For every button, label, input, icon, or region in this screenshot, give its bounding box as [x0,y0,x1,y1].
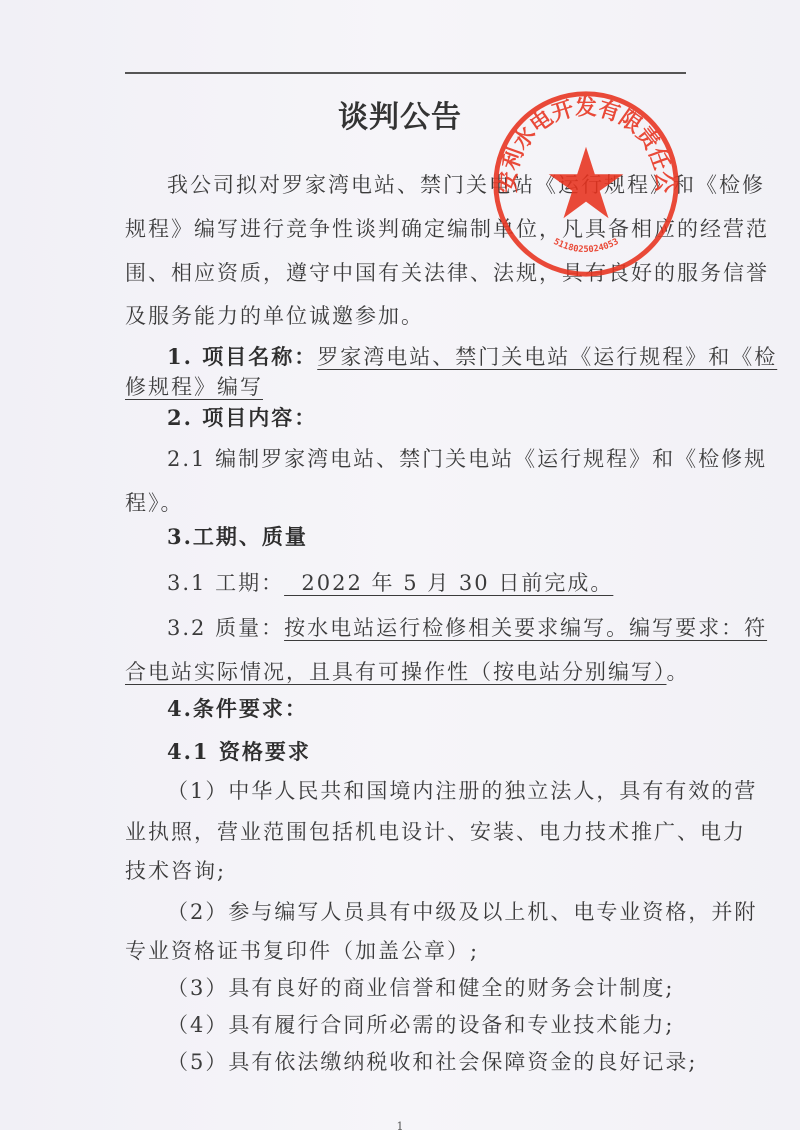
req-1-cont2: 技术咨询; [125,856,226,886]
project-name-value: 罗家湾电站、禁门关电站《运行规程》和《检 [317,345,777,369]
quality-value: 按水电站运行检修相关要求编写。编写要求：符 [284,616,767,640]
section-4-label: 4.条件要求： [167,694,308,724]
intro-line-3: 围、相应资质，遵守中国有关法律、法规，具有良好的服务信誉 [125,258,769,288]
req-1: （1）中华人民共和国境内注册的独立法人，具有有效的营 [167,776,757,806]
schedule-value: 2022 年 5 月 30 日前完成。 [284,571,613,595]
req-1-cont: 业执照，营业范围包括机电设计、安装、电力技术推广、电力 [125,817,746,847]
document-page: 谈判公告 我公司拟对罗家湾电站、禁门关电站《运行规程》和《检修 规程》编写进行竞… [0,0,800,1130]
section-1-cont: 修规程》编写 [125,372,263,402]
item-3-1-label: 3.1 工期： [167,571,284,595]
intro-line-1: 我公司拟对罗家湾电站、禁门关电站《运行规程》和《检修 [167,170,765,200]
req-4: （4）具有履行合同所必需的设备和专业技术能力; [167,1010,674,1040]
section-1: 1. 项目名称：罗家湾电站、禁门关电站《运行规程》和《检 [167,342,777,372]
section-1-label: 1. 项目名称： [167,344,317,369]
item-3-2-label: 3.2 质量： [167,616,284,640]
sub-4-1-label: 4.1 资格要求 [167,737,311,767]
section-3-label: 3.工期、质量 [167,522,308,552]
req-2-cont: 专业资格证书复印件（加盖公章）; [125,936,479,966]
item-2-1: 2.1 编制罗家湾电站、禁门关电站《运行规程》和《检修规 [167,444,767,474]
item-3-2: 3.2 质量：按水电站运行检修相关要求编写。编写要求：符 [167,613,767,643]
page-number: 1 [0,1120,800,1130]
req-3: （3）具有良好的商业信誉和健全的财务会计制度; [167,973,674,1003]
quality-tail: 。 [667,660,690,684]
section-2-label: 2. 项目内容： [167,403,317,433]
page-title: 谈判公告 [0,92,800,136]
header-rule [125,72,686,74]
item-2-1-cont: 程》。 [125,488,184,518]
quality-value-cont: 合电站实际情况，且具有可操作性（按电站分别编写） [125,660,667,684]
intro-line-2: 规程》编写进行竞争性谈判确定编制单位，凡具备相应的经营范 [125,214,769,244]
item-3-2-cont: 合电站实际情况，且具有可操作性（按电站分别编写）。 [125,657,690,687]
req-2: （2）参与编写人员具有中级及以上机、电专业资格，并附 [167,897,757,927]
project-name-value-cont: 修规程》编写 [125,375,263,399]
item-3-1: 3.1 工期： 2022 年 5 月 30 日前完成。 [167,568,613,598]
req-5: （5）具有依法缴纳税收和社会保障资金的良好记录; [167,1047,697,1077]
intro-line-4: 及服务能力的单位诚邀参加。 [125,301,424,331]
